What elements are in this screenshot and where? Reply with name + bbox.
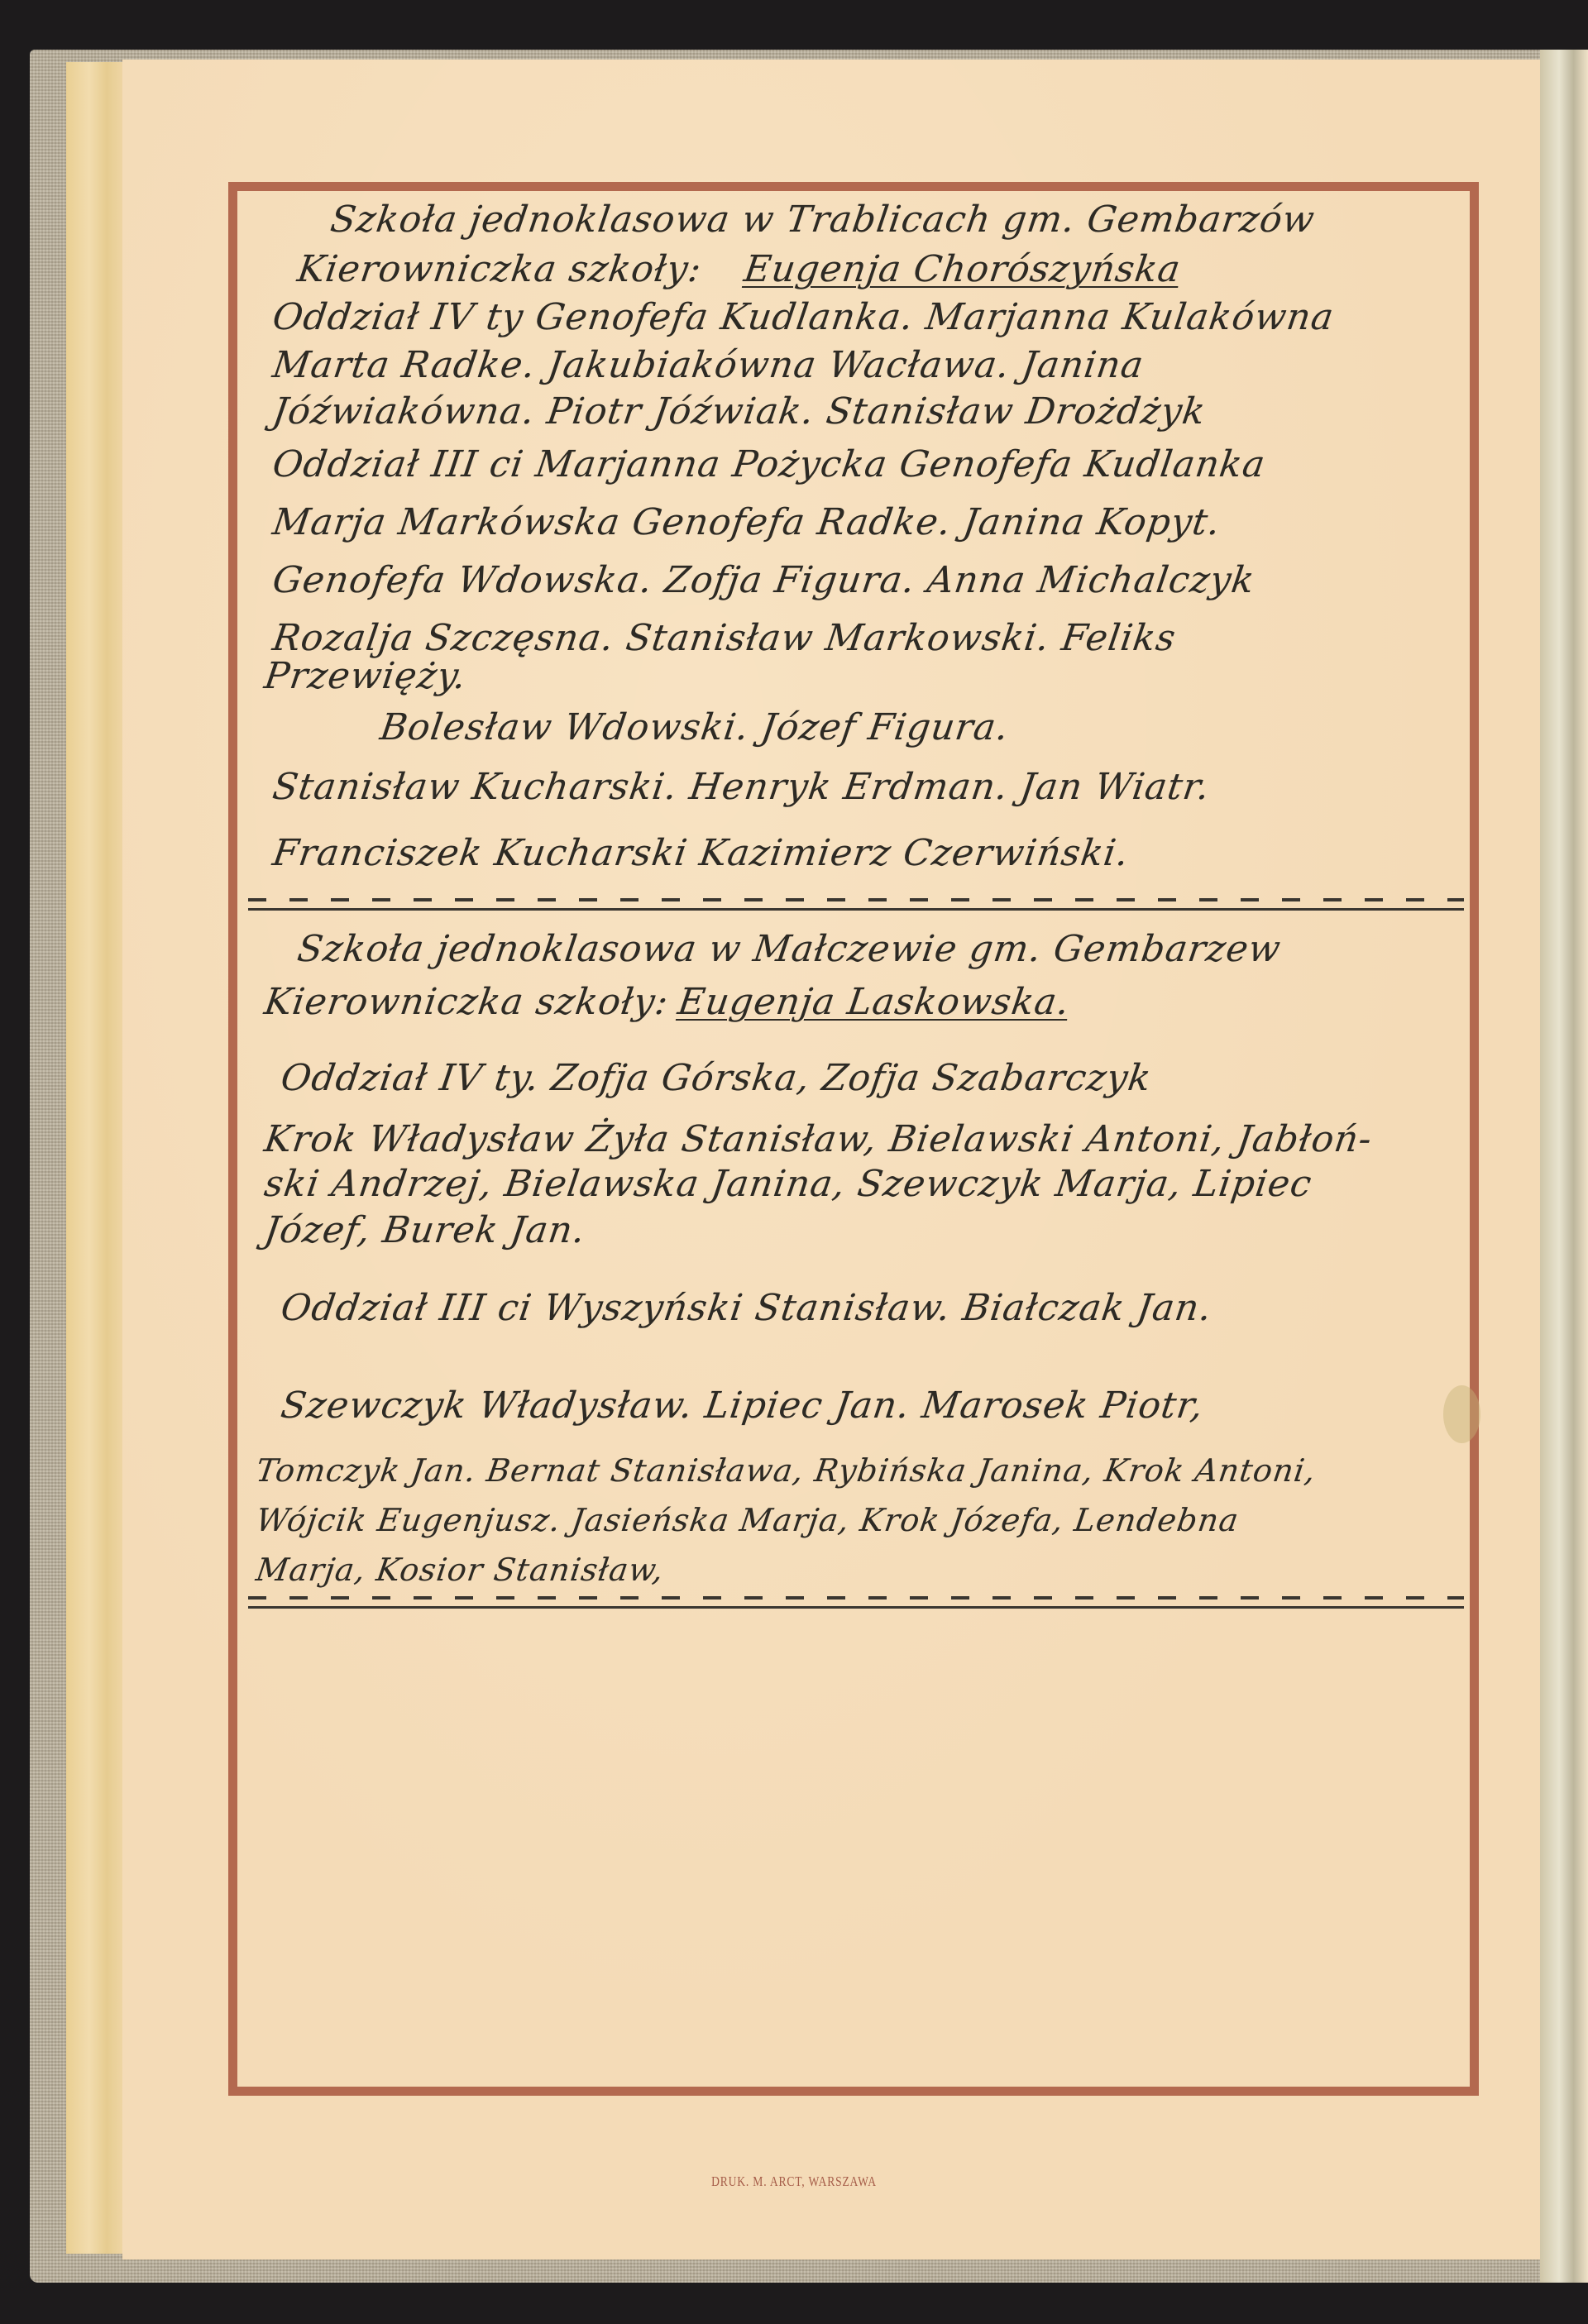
entry-line: Tomczyk Jan. Bernat Stanisława, Rybińska… — [254, 1452, 1318, 1489]
entry-line: Genofefa Wdowska. Zofja Figura. Anna Mic… — [270, 559, 1257, 601]
entry-line: Marta Radke. Jakubiakówna Wacława. Janin… — [270, 344, 1146, 386]
page-edges — [66, 62, 124, 2254]
head-name: Eugenja Chorószyńska — [741, 248, 1183, 290]
entry-line: Wójcik Eugenjusz. Jasieńska Marja, Krok … — [254, 1502, 1241, 1538]
entry-line: Stanisław Kucharski. Henryk Erdman. Jan … — [270, 766, 1213, 808]
entry-line: Oddział IV ty Genofefa Kudlanka. Marjann… — [270, 296, 1337, 338]
entry-line: Józef, Burek Jan. — [261, 1209, 588, 1251]
entry-line: Rozalja Szczęsna. Stanisław Markowski. F… — [270, 617, 1179, 659]
entry-line: Bolesław Wdowski. Józef Figura. — [377, 706, 1012, 748]
entry-line: Franciszek Kucharski Kazimierz Czerwińsk… — [270, 832, 1131, 874]
entry-line: ski Andrzej, Bielawska Janina, Szewczyk … — [261, 1163, 1314, 1205]
ink-stain — [1443, 1385, 1480, 1443]
entry-line: Szewczyk Władysław. Lipiec Jan. Marosek … — [278, 1384, 1206, 1427]
entry-line: Oddział III ci Wyszyński Stanisław. Biał… — [278, 1287, 1214, 1329]
section-divider — [248, 1596, 1464, 1614]
entry-line: Przewięży. — [261, 655, 469, 697]
entry-line: Oddział IV ty. Zofja Górska, Zofja Szaba… — [278, 1057, 1154, 1099]
entry-line: Marja, Kosior Stanisław, — [254, 1552, 667, 1588]
head-name: Eugenja Laskowska. — [675, 981, 1072, 1023]
head-label: Kierowniczka szkoły: — [261, 981, 671, 1023]
entry-line: Krok Władysław Żyła Stanisław, Bielawski… — [261, 1118, 1375, 1160]
school-title: Szkoła jednoklasowa w Trablicach gm. Gem… — [328, 198, 1318, 241]
head-label: Kierowniczka szkoły: — [294, 248, 704, 290]
section-divider — [248, 898, 1464, 916]
book-gutter — [1540, 50, 1588, 2283]
entry-line: Oddział III ci Marjanna Pożycka Genofefa… — [270, 443, 1268, 485]
entry-line: Marja Markówska Genofefa Radke. Janina K… — [270, 501, 1223, 543]
printer-imprint: DRUK. M. ARCT, WARSZAWA — [159, 2173, 1429, 2190]
entry-line: Jóźwiakówna. Piotr Jóźwiak. Stanisław Dr… — [270, 390, 1208, 433]
school-title: Szkoła jednoklasowa w Małczewie gm. Gemb… — [294, 928, 1284, 970]
